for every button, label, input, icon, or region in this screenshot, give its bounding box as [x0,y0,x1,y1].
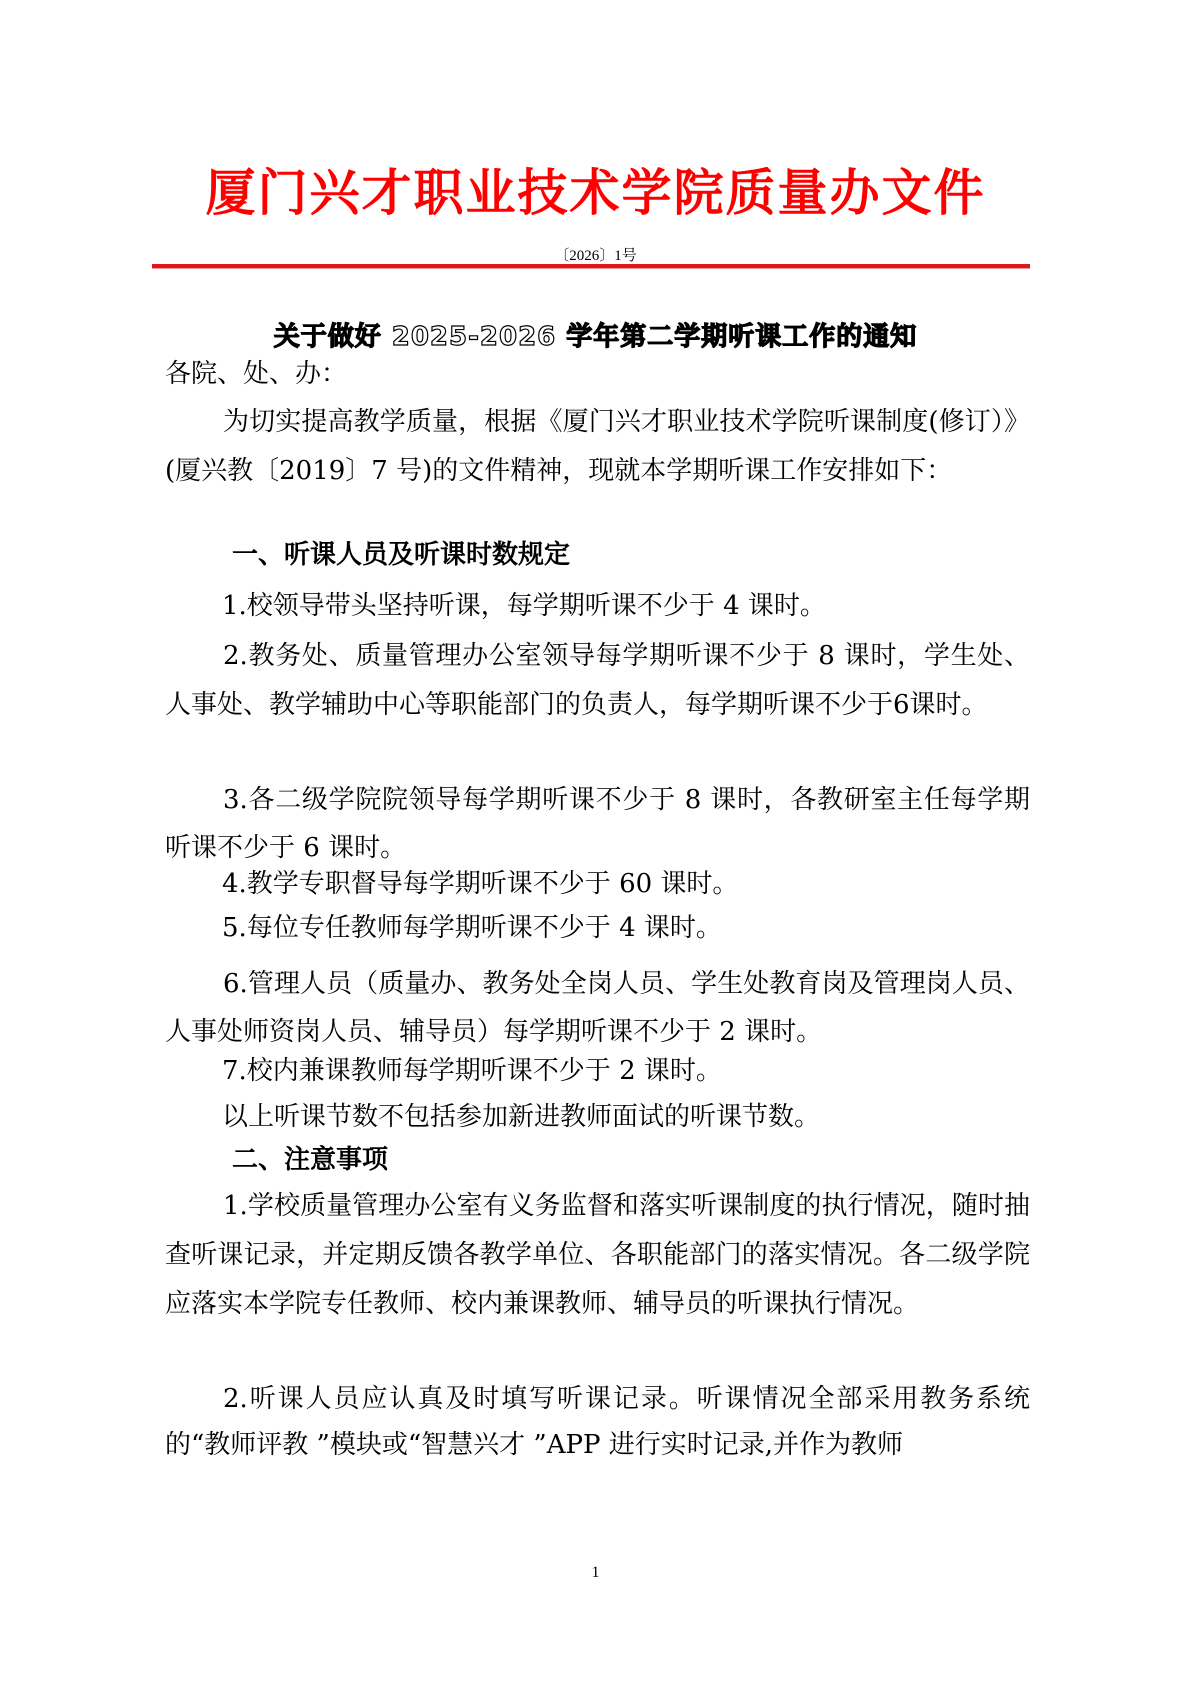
section1-item-4: 4.教学专职督导每学期听课不少于 60 课时。 [222,860,1030,908]
section1-item-7: 7.校内兼课教师每学期听课不少于 2 课时。 [222,1047,1030,1095]
notice-title: 关于做好 2025-2026 学年第二学期听课工作的通知 [0,320,1191,354]
section1-item-1: 1.校领导带头坚持听课，每学期听课不少于 4 课时。 [222,582,1030,630]
section1-note: 以上听课节数不包括参加新进教师面试的听课节数。 [222,1093,1030,1141]
document-header-title: 厦门兴才职业技术学院质量办文件 [0,163,1191,223]
section2-item-1: 1.学校质量管理办公室有义务监督和落实听课制度的执行情况，随时抽查听课记录，并定… [165,1182,1030,1329]
salutation: 各院、处、办： [165,350,1030,398]
section2-item-2: 2.听课人员应认真及时填写听课记录。听课情况全部采用教务系统的“教师评教 ”模块… [165,1376,1030,1468]
document-number: 〔2026〕1号 [0,247,1191,265]
section1-item-2: 2.教务处、质量管理办公室领导每学期听课不少于 8 课时，学生处、人事处、教学辅… [165,632,1030,730]
header-red-rule [152,264,1030,269]
intro-paragraph: 为切实提高教学质量，根据《厦门兴才职业技术学院听课制度(修订）》(厦兴教〔201… [165,398,1030,496]
section1-item-3: 3.各二级学院院领导每学期听课不少于 8 课时，各教研室主任每学期听课不少于 6… [165,776,1030,872]
document-page: 厦门兴才职业技术学院质量办文件 〔2026〕1号 关于做好 2025-2026 … [0,0,1191,1684]
page-number: 1 [0,1563,1191,1583]
section-heading-1: 一、听课人员及听课时数规定 [232,535,570,575]
section1-item-5: 5.每位专任教师每学期听课不少于 4 课时。 [222,904,1030,952]
section1-item-6: 6.管理人员（质量办、教务处全岗人员、学生处教育岗及管理岗人员、人事处师资岗人员… [165,960,1030,1056]
section-heading-2: 二、注意事项 [232,1140,388,1180]
